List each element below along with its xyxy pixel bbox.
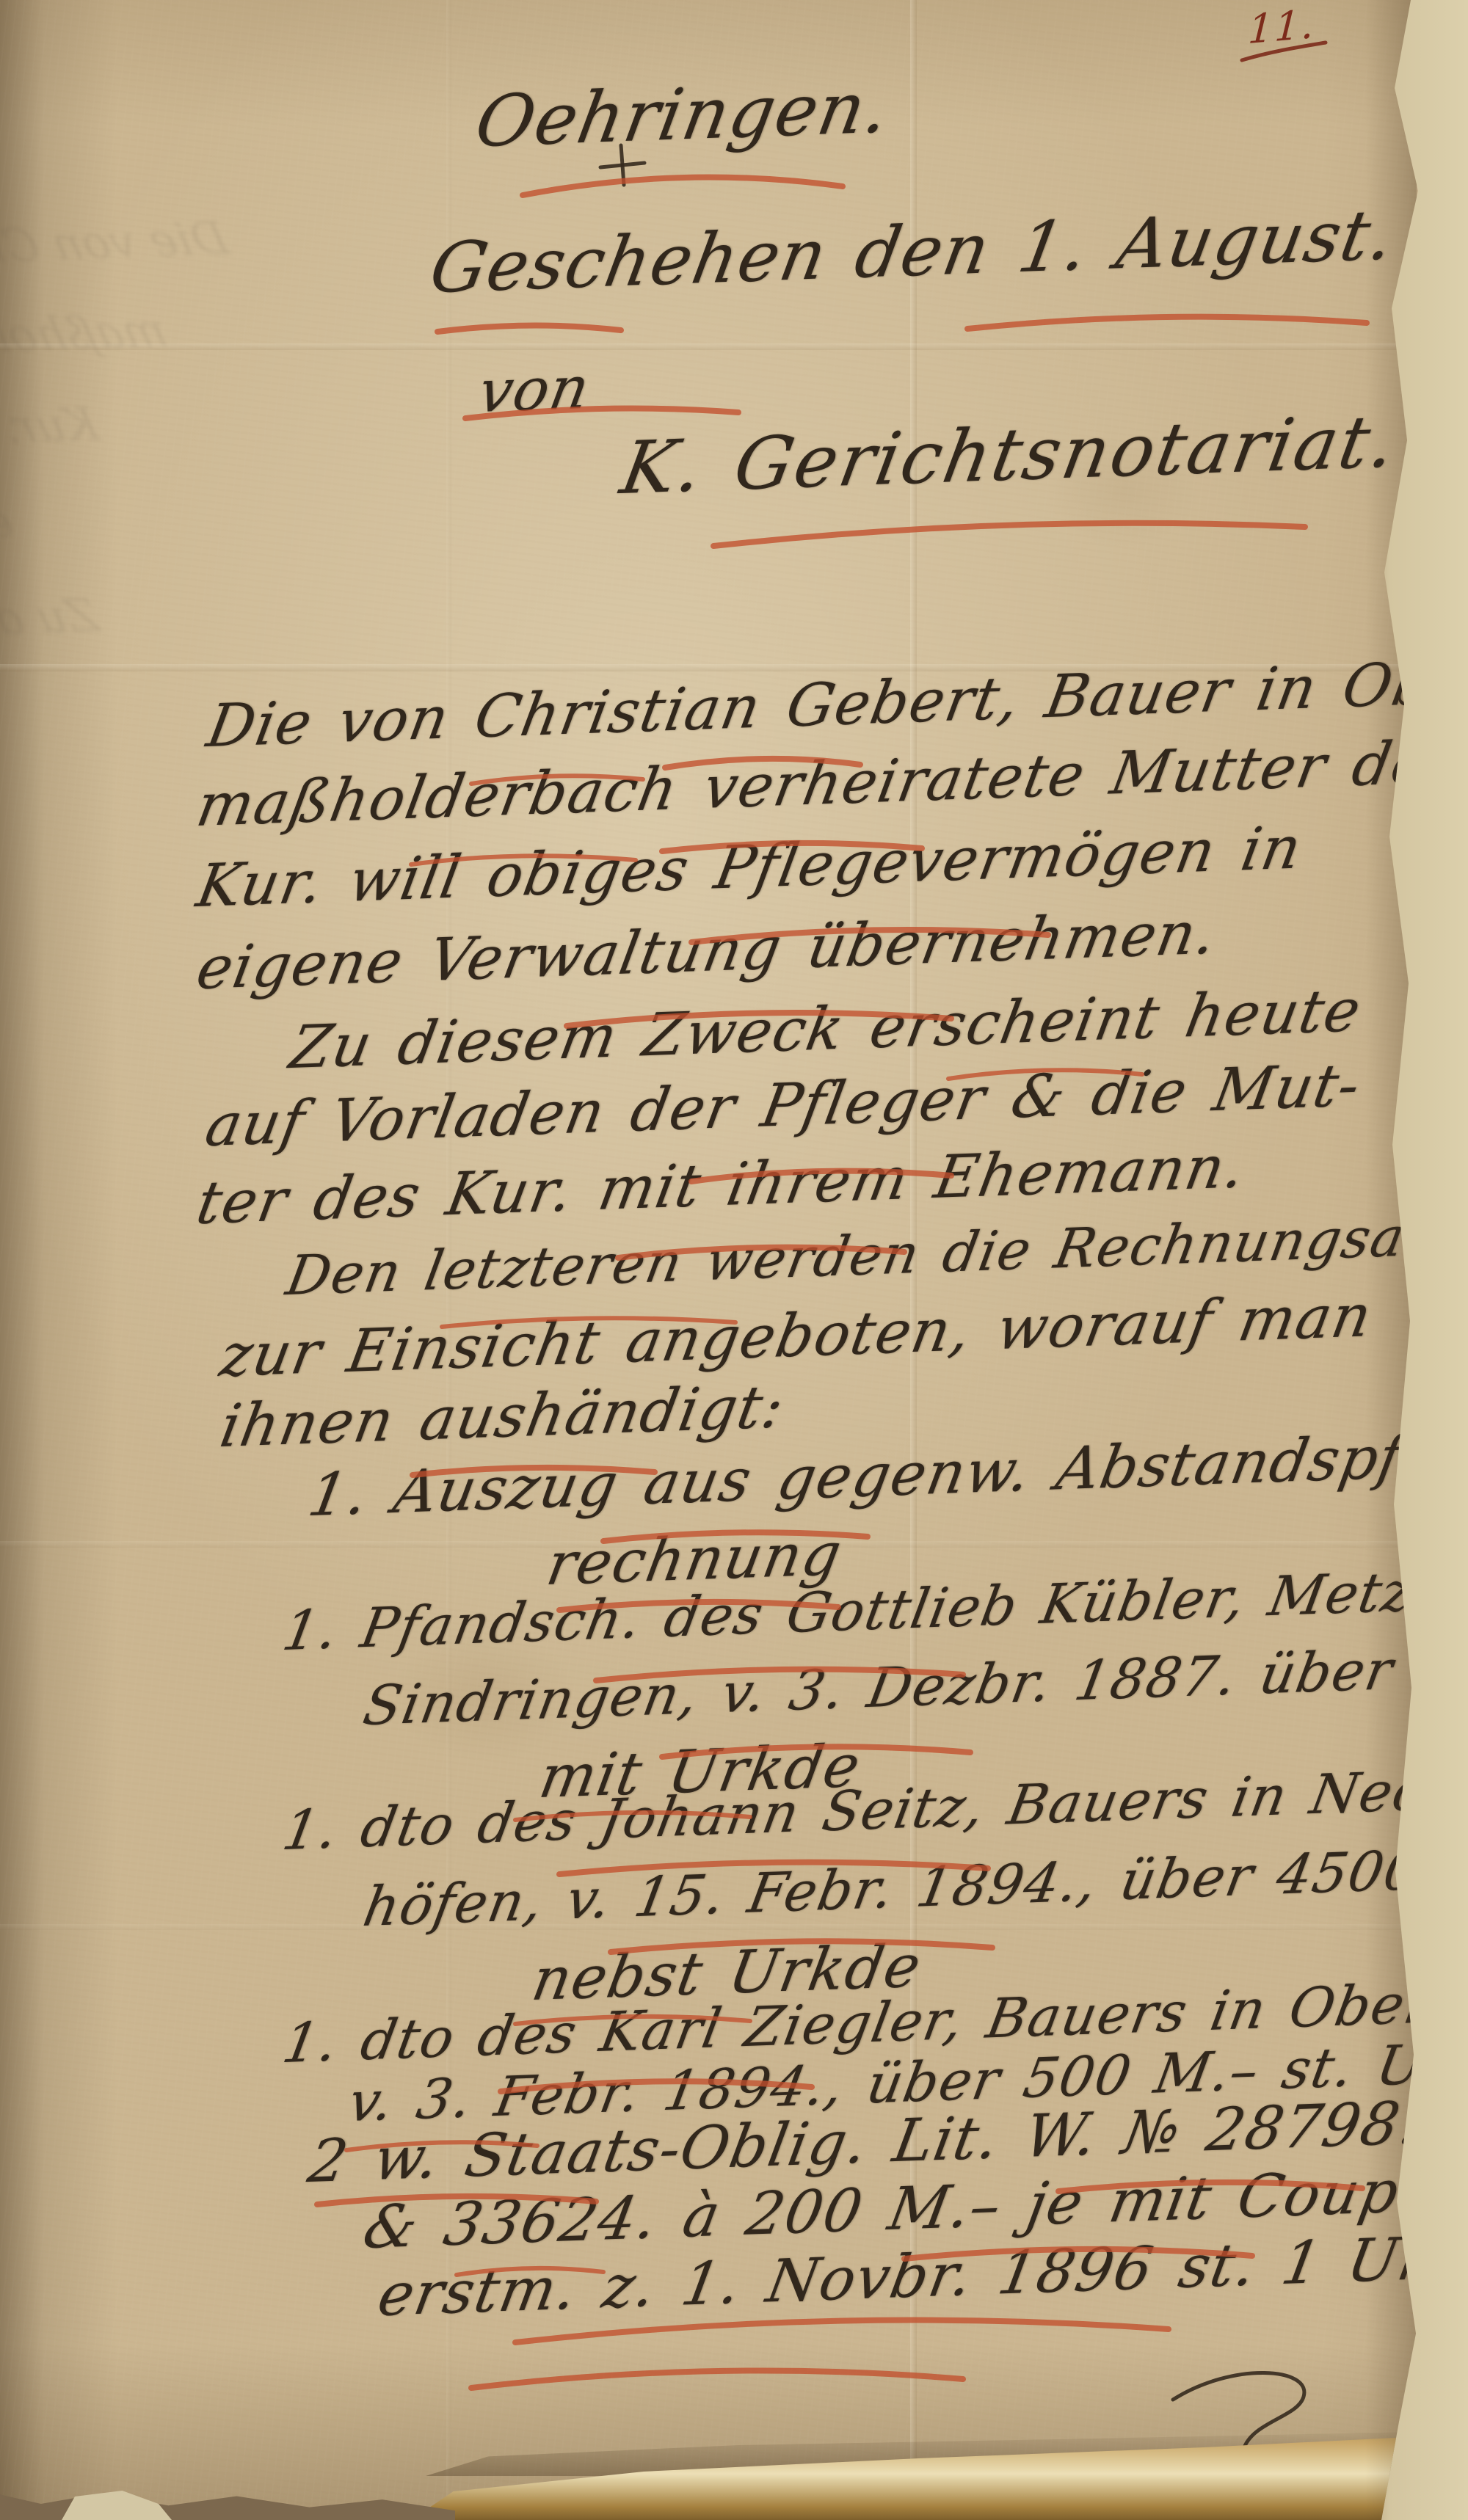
paper-sheet: Die von Christian Gebert, Bauer in Ober-… xyxy=(0,0,1468,2520)
von-word: von xyxy=(474,358,595,421)
page-number: 11. xyxy=(1247,4,1316,50)
manuscript-page: Die von Christian Gebert, Bauer in Ober-… xyxy=(0,0,1468,2520)
place-heading: Oehringen. xyxy=(470,72,895,157)
horizontal-fold-crease xyxy=(0,343,1468,350)
